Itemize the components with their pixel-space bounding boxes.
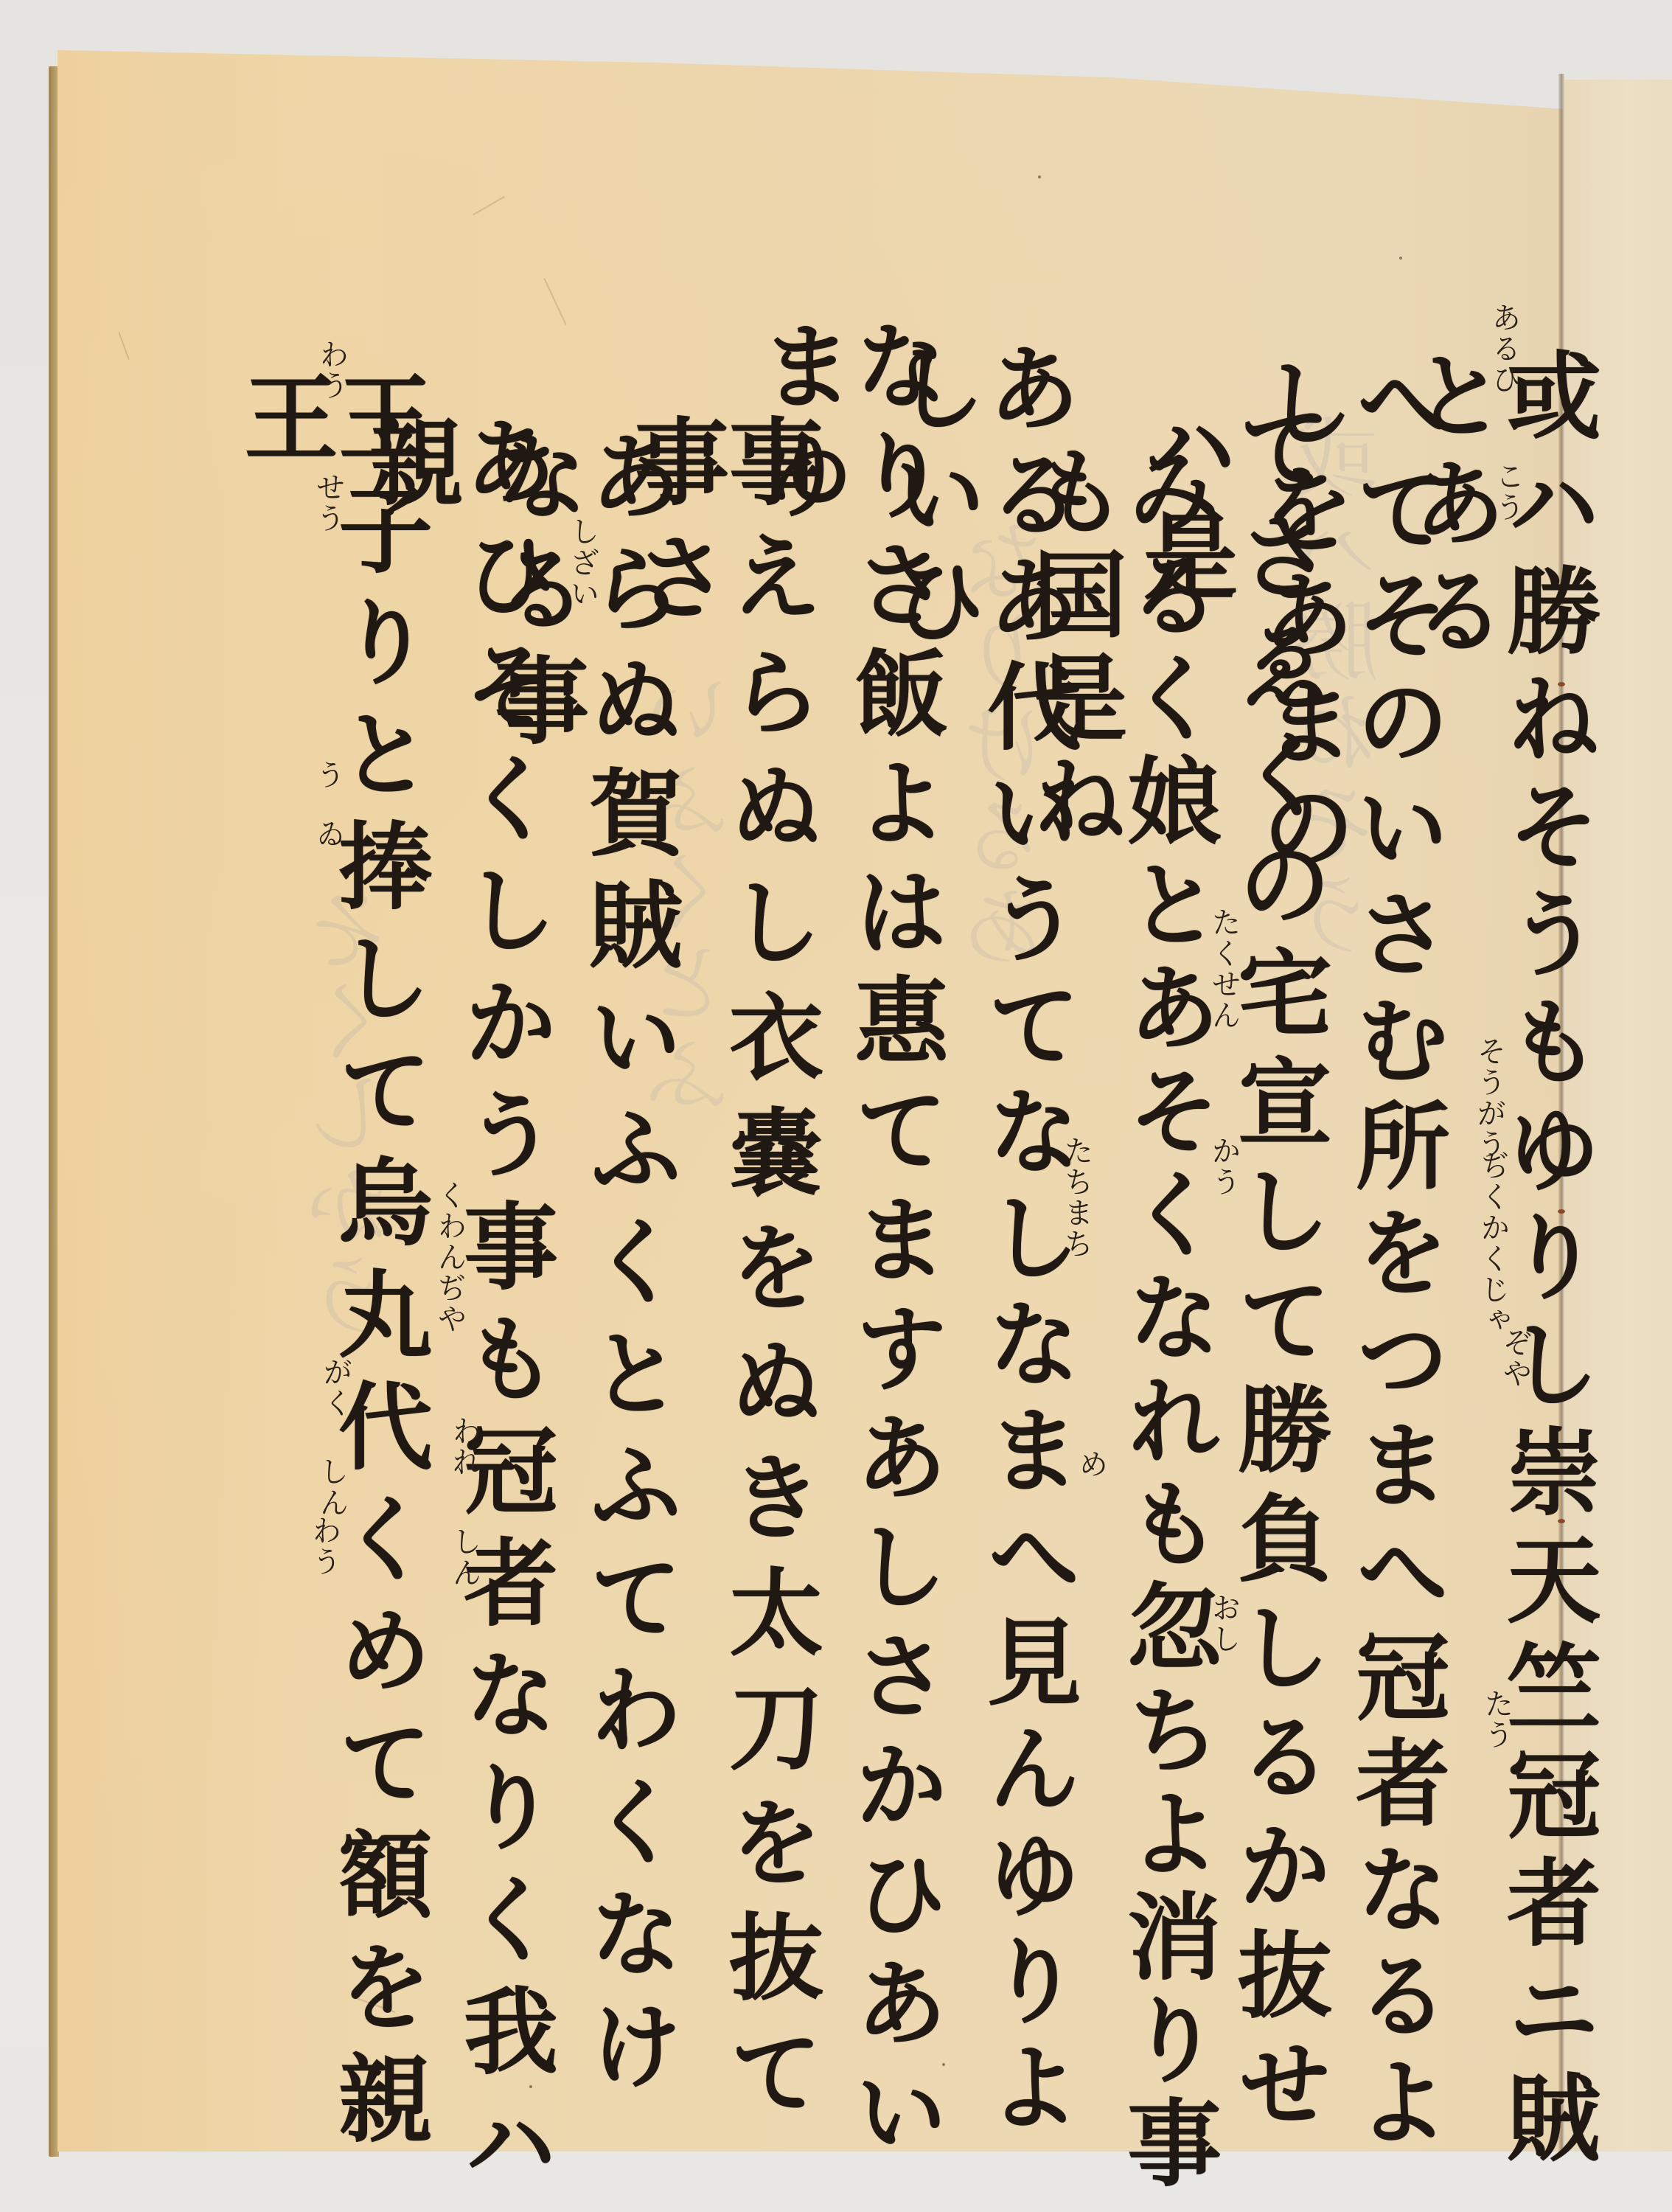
furigana: ぞや [1500,1327,1530,1389]
furigana: こう [1493,461,1522,523]
furigana: しん [450,1526,479,1588]
book-cover-edge [49,66,59,2157]
furigana: わう [310,1515,339,1577]
paper-fiber [473,196,505,216]
furigana: う [313,759,343,790]
furigana: くわんぢや [435,1180,464,1335]
paper-fiber [118,332,130,360]
furigana: そうがう [1474,1036,1504,1160]
furigana: ぢくかくじゃ [1478,1150,1508,1336]
furigana: しん [317,1456,346,1518]
facing-page-text-fragment: し [1648,959,1672,1069]
furigana: せう [313,472,343,534]
furigana: しざい [568,516,597,609]
paper-speck [1038,175,1041,178]
furigana: われ [450,1416,479,1478]
furigana: わう [317,339,346,401]
text-column-10: 王子りと捧して烏丸代くめて額を親王 [236,369,425,2212]
paper-speck [1399,257,1402,260]
furigana: ゐ [313,818,343,849]
furigana: あるひ [1489,302,1519,395]
paper-fiber [543,278,566,325]
furigana: がく [321,1357,350,1419]
furigana: たう [1482,1688,1511,1750]
